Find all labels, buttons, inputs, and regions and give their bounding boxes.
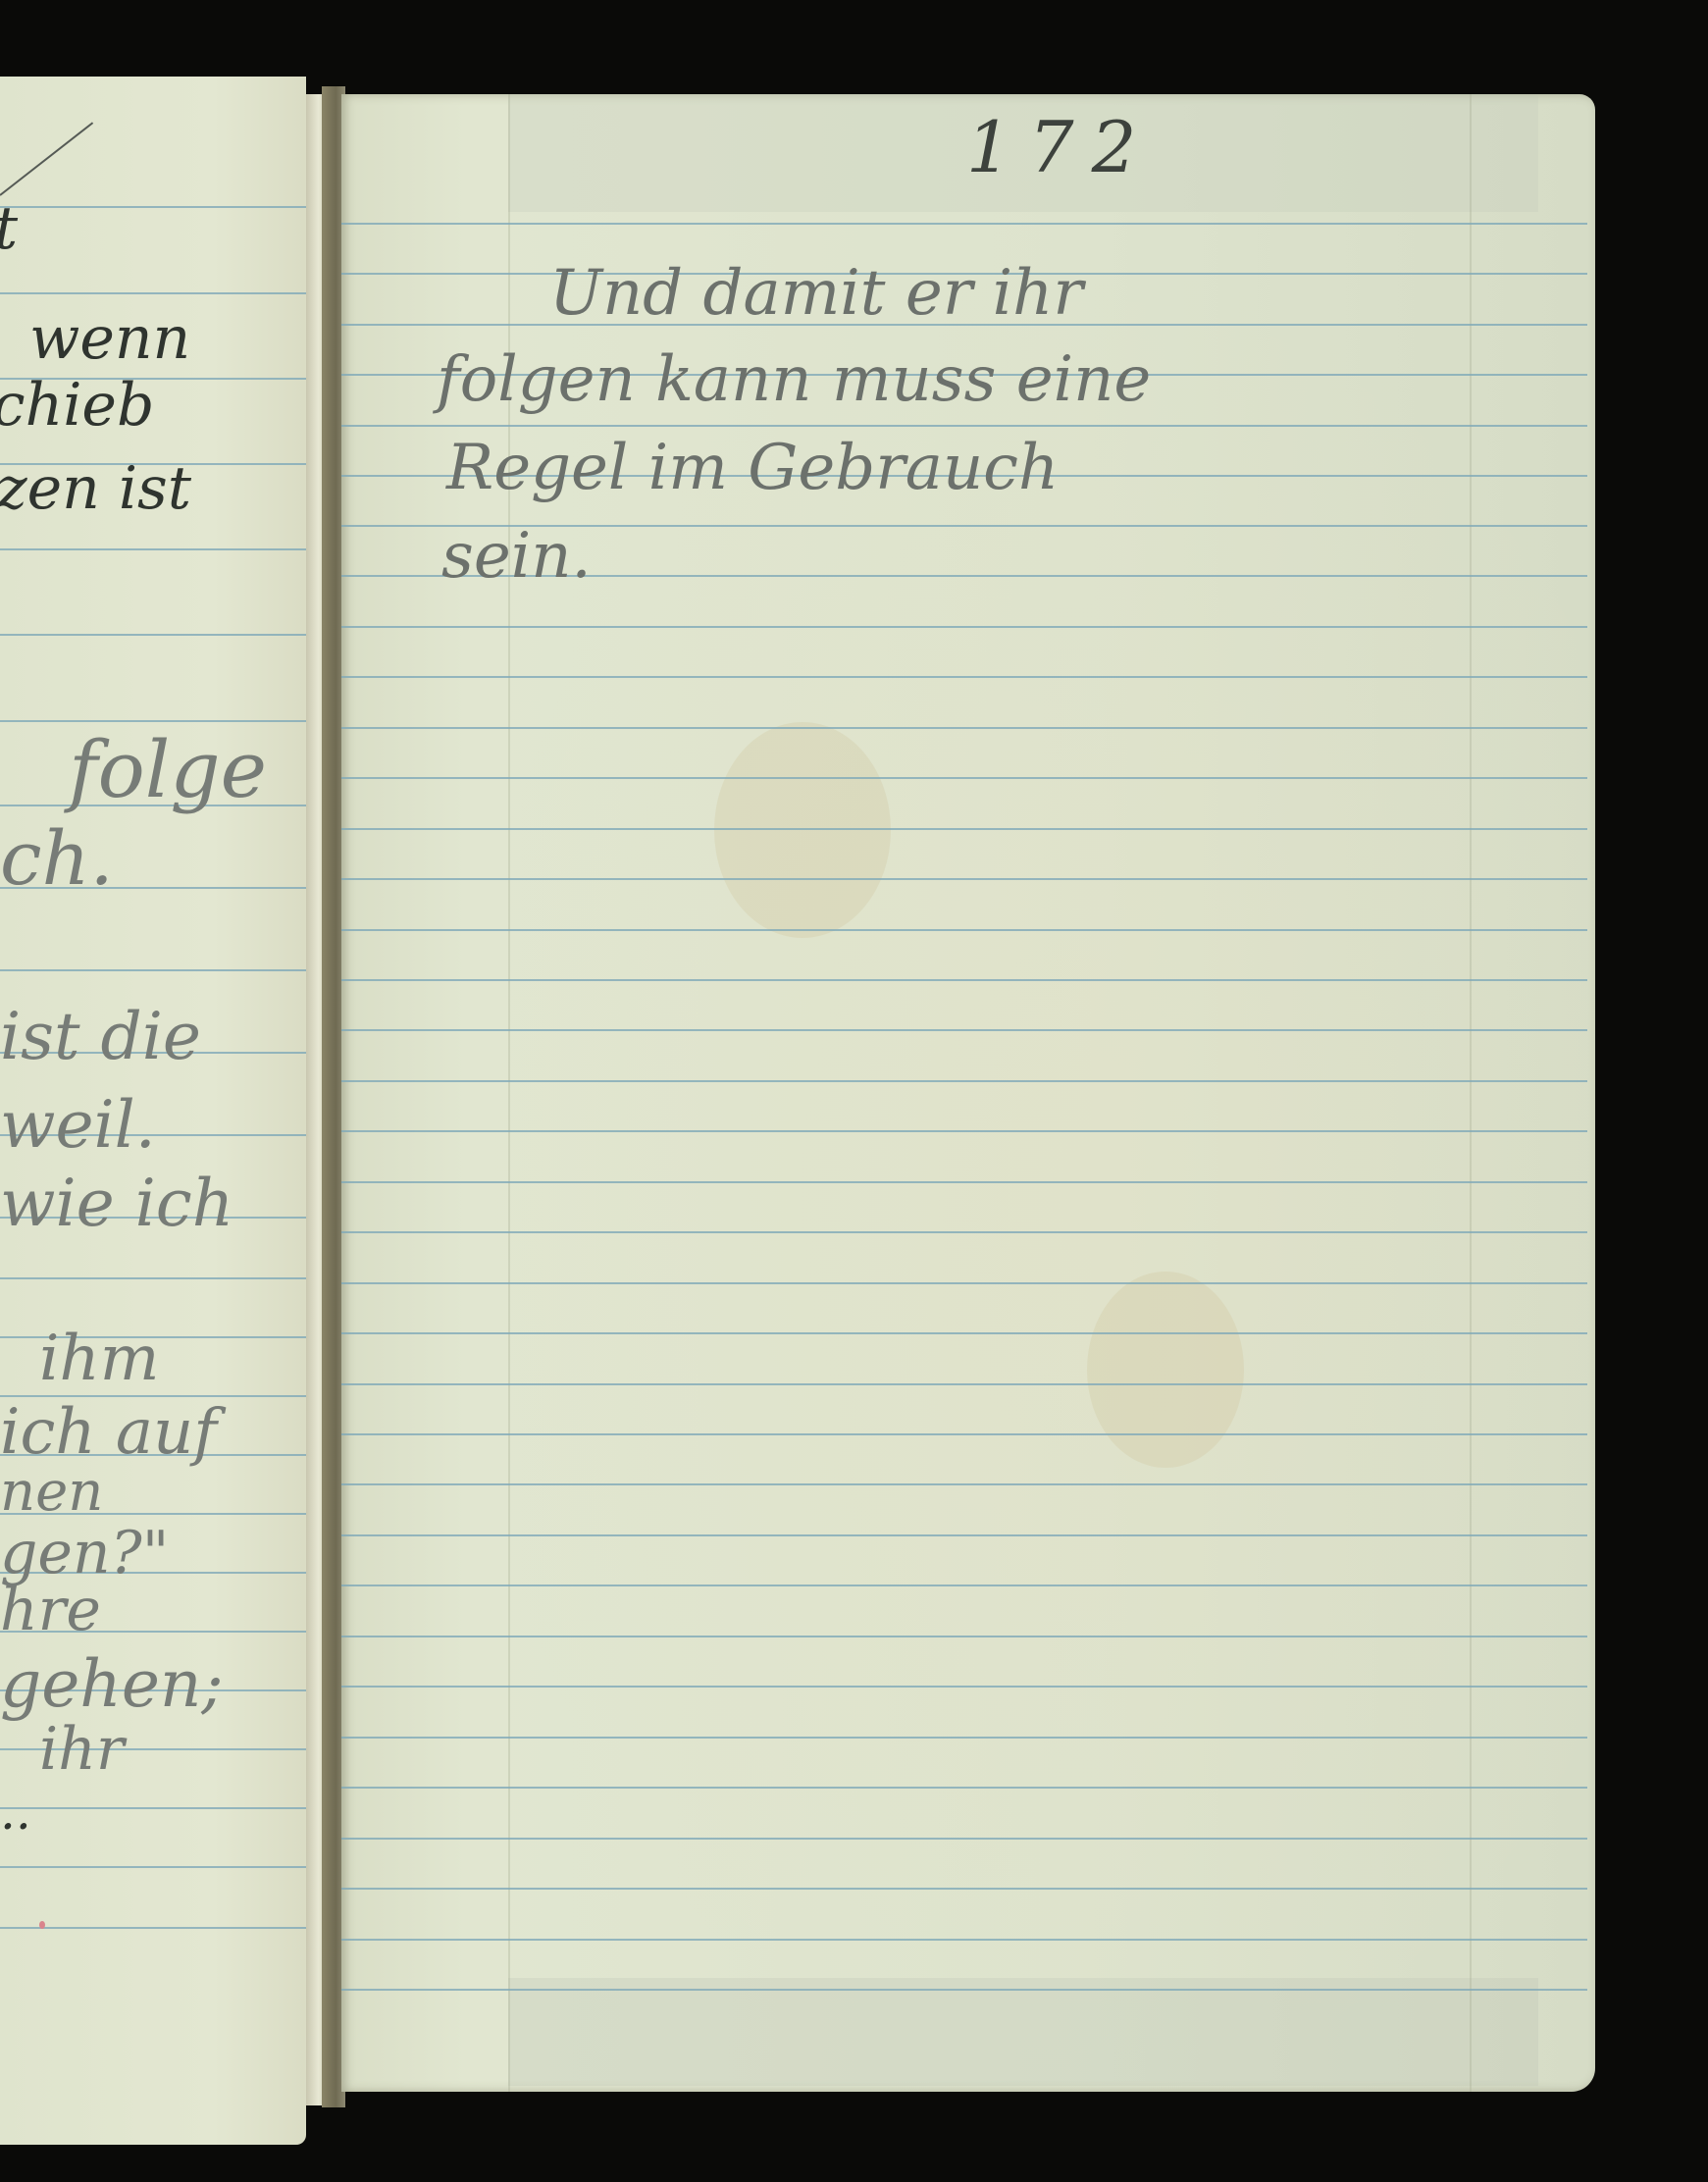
ruled-line [0, 969, 306, 971]
left-fragment: nen [0, 1460, 103, 1524]
handwritten-line: folgen kann muss eine [437, 343, 1151, 416]
ruled-line [341, 1483, 1587, 1485]
ruled-line [341, 626, 1587, 628]
left-fragment: ist die [0, 999, 201, 1074]
paper-fold [1470, 94, 1472, 2092]
ruled-line [0, 1866, 306, 1868]
ruled-line [341, 979, 1587, 981]
left-fragment: hre [0, 1576, 101, 1644]
ruled-line [0, 720, 306, 722]
red-mark [39, 1921, 45, 1929]
paper-stain [1087, 1272, 1244, 1468]
ruled-line [341, 1787, 1587, 1789]
ruled-line [341, 929, 1587, 931]
ruled-line [341, 1989, 1587, 1991]
left-fragment: ch. [0, 814, 114, 902]
ruled-line [0, 1277, 306, 1279]
left-fragment: gehen; [0, 1646, 224, 1722]
ruled-line [341, 1838, 1587, 1840]
left-fragment: chieb [0, 371, 154, 440]
left-fragment: folge [69, 724, 267, 815]
ruled-line [341, 1130, 1587, 1132]
ruled-line [341, 1686, 1587, 1688]
ruled-line [0, 206, 306, 208]
page-number: 172 [966, 106, 1154, 188]
paper-stain [714, 722, 891, 938]
ruled-line [341, 1636, 1587, 1637]
ruled-line [341, 1939, 1587, 1941]
left-fragment: weil. [0, 1087, 156, 1163]
ruled-line [0, 1927, 306, 1929]
ruled-line [341, 223, 1587, 225]
ruled-line [0, 1807, 306, 1809]
handwritten-line: Regel im Gebrauch [446, 432, 1059, 504]
ruled-line [341, 676, 1587, 678]
handwritten-line: Und damit er ihr [549, 257, 1083, 330]
ruled-line [341, 1181, 1587, 1183]
ruled-line [341, 425, 1587, 427]
left-fragment: ihr [39, 1715, 125, 1784]
ruled-line [341, 1534, 1587, 1536]
paper-discoloration [508, 1978, 1538, 2086]
ruled-line [341, 828, 1587, 830]
ruled-line [341, 1888, 1587, 1890]
notebook-scan: t wenn chieb zen ist folge ch. ist die w… [0, 0, 1708, 2182]
ruled-line [341, 1585, 1587, 1586]
ruled-line [341, 777, 1587, 779]
ruled-line [341, 1737, 1587, 1739]
left-fragment: .. [0, 1784, 31, 1841]
pencil-stroke [0, 122, 93, 195]
ruled-line [341, 1231, 1587, 1233]
ruled-line [341, 1080, 1587, 1082]
left-fragment: wenn [29, 304, 190, 373]
left-fragment: t [0, 194, 18, 263]
left-page: t wenn chieb zen ist folge ch. ist die w… [0, 77, 306, 2145]
ruled-line [341, 1332, 1587, 1334]
left-fragment: ihm [39, 1323, 159, 1395]
left-fragment: ich auf [0, 1396, 217, 1469]
left-fragment: wie ich [0, 1166, 233, 1241]
left-fragment: zen ist [0, 454, 191, 523]
ruled-line [0, 634, 306, 636]
ruled-line [341, 727, 1587, 729]
ruled-line [0, 292, 306, 294]
ruled-line [341, 1282, 1587, 1284]
ruled-line [0, 548, 306, 550]
ruled-line [341, 878, 1587, 880]
ruled-line [341, 1433, 1587, 1435]
ruled-line [341, 1029, 1587, 1031]
ruled-line [341, 1383, 1587, 1385]
handwritten-line: sein. [441, 520, 592, 593]
